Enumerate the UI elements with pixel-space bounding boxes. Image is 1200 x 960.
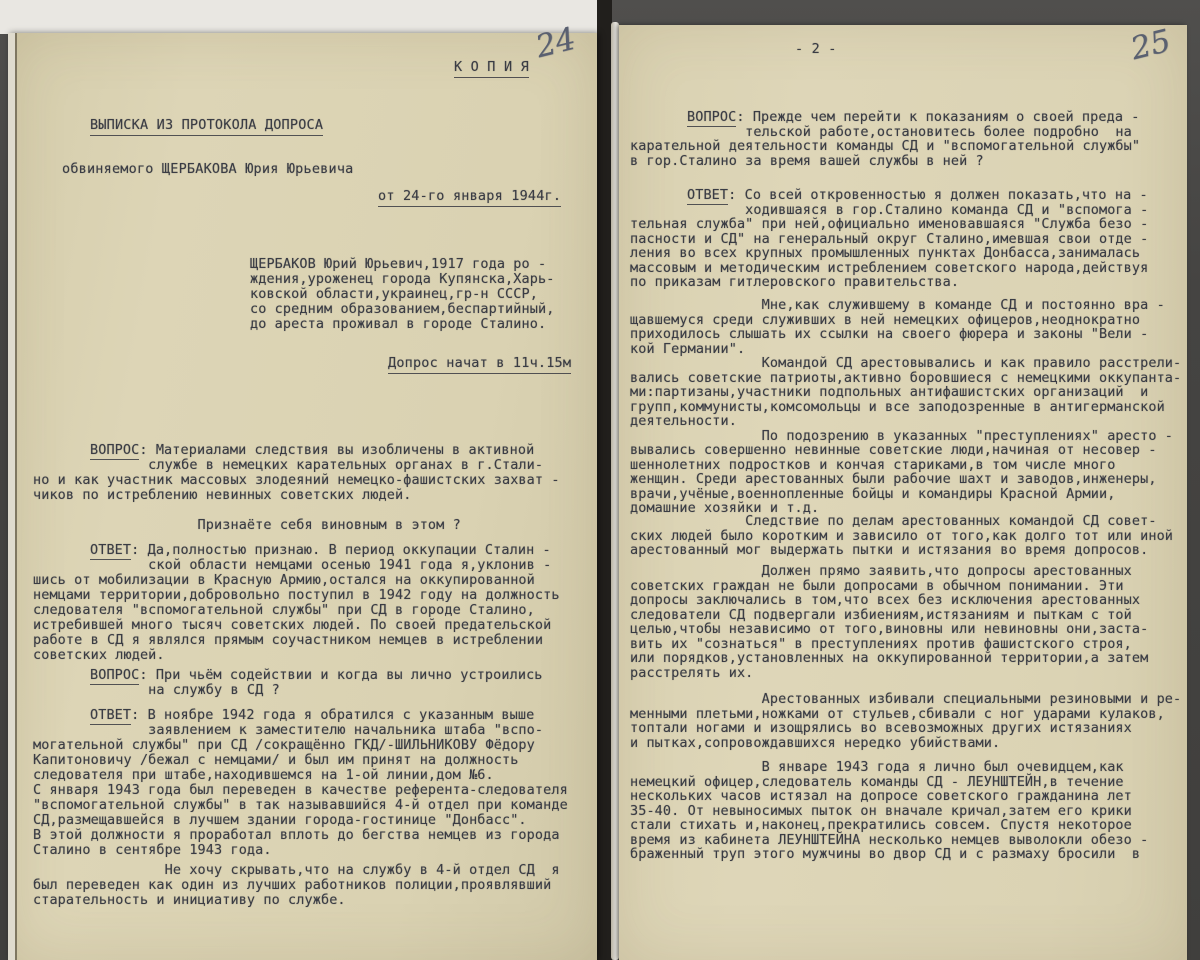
defendant-bio: ЩЕРБАКОВ Юрий Юрьевич,1917 года ро - жде… [250,257,554,332]
question-block: ВОПРОС: При чьём содействии и когда вы л… [33,668,543,698]
answer-block: ОТВЕТ: Со всей откровенностью я должен п… [630,188,1148,290]
document-title: ВЫПИСКА ИЗ ПРОТОКОЛА ДОПРОСА [90,117,323,136]
paragraph: Мне,как служившему в команде СД и постоя… [630,298,1181,516]
date-line: от 24-го января 1944г. [378,188,561,207]
answer-text: : Со всей откровенностью я должен показа… [630,187,1148,290]
question-block: ВОПРОС: Прежде чем перейти к показаниям … [630,110,1140,168]
paragraph: В январе 1943 года я лично был очевидцем… [630,760,1148,862]
answer-block: ОТВЕТ: В ноябре 1942 года я обратился с … [33,708,568,858]
closing-paragraph: Не хочу скрывать,что на службу в 4-й отд… [33,863,560,908]
interrogation-start-line: Допрос начат в 11ч.15м [388,355,571,374]
right-page: - 2 - 25 ВОПРОС: Прежде чем перейти к по… [619,25,1187,960]
answer-text: : В ноябре 1942 года я обратился с указа… [33,707,568,858]
handwritten-page-number: 24 [532,21,579,65]
answer-block: ОТВЕТ: Да,полностью признаю. В период ок… [33,543,560,663]
question-block: ВОПРОС: Материалами следствия вы изоблич… [33,443,560,533]
page-gap-shadow [597,0,612,960]
document-scan: 24 К О П И Я ВЫПИСКА ИЗ ПРОТОКОЛА ДОПРОС… [0,0,1200,960]
paragraph: Следствие по делам арестованных командой… [630,514,1173,558]
copy-label: К О П И Я [454,59,529,78]
answer-text: : Да,полностью признаю. В период оккупац… [33,542,560,663]
paragraph: Арестованных избивали специальными резин… [630,692,1181,750]
page-number: - 2 - [795,41,837,57]
right-page-edge [611,22,619,960]
background-paper-edge [0,0,601,34]
left-page: 24 К О П И Я ВЫПИСКА ИЗ ПРОТОКОЛА ДОПРОС… [8,33,597,960]
paragraph: Должен прямо заявить,что допросы арестов… [630,564,1148,680]
handwritten-page-number: 25 [1127,23,1174,67]
defendant-line: обвиняемого ЩЕРБАКОВА Юрия Юрьевича [62,161,353,177]
